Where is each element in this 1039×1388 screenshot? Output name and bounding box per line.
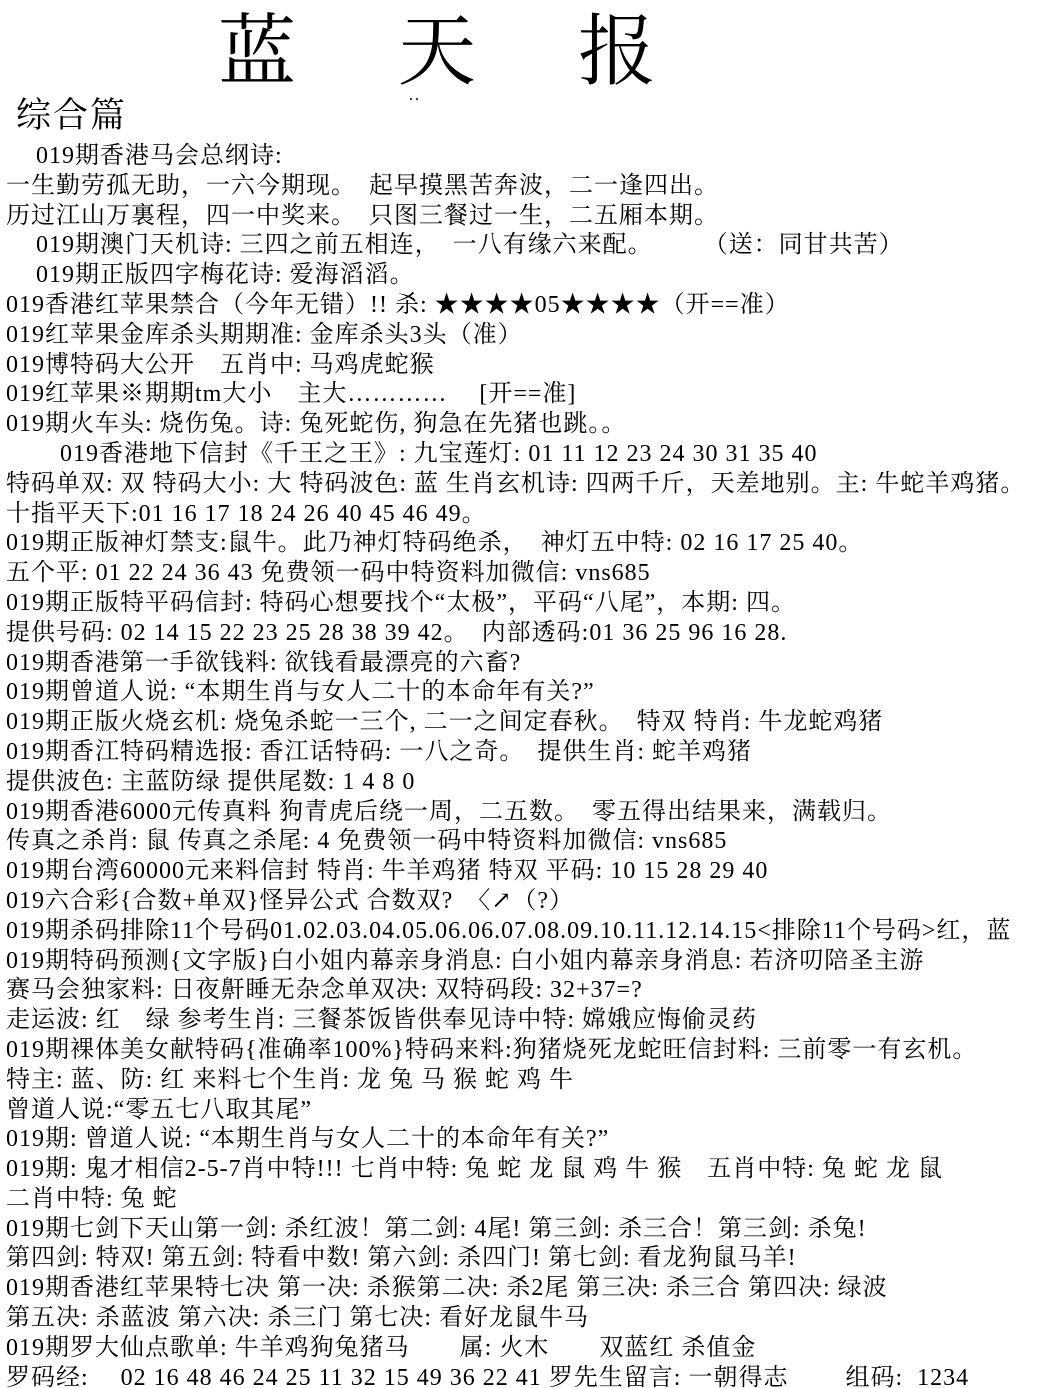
report-line: 019期正版火烧玄机: 烧兔杀蛇一三个, 二一之间定春秋。 特双 特肖: 牛龙蛇… xyxy=(6,708,1039,738)
title-dots: ‥ xyxy=(408,84,424,105)
report-line: 019期香港马会总纲诗: xyxy=(6,142,1039,172)
report-line: 019期曾道人说: “本期生肖与女人二十的本命年有关?” xyxy=(6,678,1039,708)
report-line: 019香港红苹果禁合（今年无错）!! 杀: ★★★★05★★★★（开==准） xyxy=(6,291,1039,321)
report-line: 特主: 蓝、防: 红 来料七个生肖: 龙 兔 马 猴 蛇 鸡 牛 xyxy=(6,1066,1039,1096)
report-line: 五个平: 01 22 24 36 43 免费领一码中特资料加微信: vns685 xyxy=(6,559,1039,589)
report-line: 传真之杀肖: 鼠 传真之杀尾: 4 免费领一码中特资料加微信: vns685 xyxy=(6,827,1039,857)
report-line: 019期罗大仙点歌单: 牛羊鸡狗兔猪马 属: 火木 双蓝红 杀值金 xyxy=(6,1334,1039,1364)
report-body: 019期香港马会总纲诗:一生勤劳孤无助，一六今期现。 起早摸黑苦奔波，二一逢四出… xyxy=(0,142,1039,1388)
report-line: 提供波色: 主蓝防绿 提供尾数: 1 4 8 0 xyxy=(6,768,1039,798)
report-line: 019红苹果金库杀头期期准: 金库杀头3头（准） xyxy=(6,321,1039,351)
report-line: 赛马会独家料: 日夜鼾睡无杂念单双决: 双特码段: 32+37=? xyxy=(6,976,1039,1006)
report-line: 019期台湾60000元来料信封 特肖: 牛羊鸡猪 特双 平码: 10 15 2… xyxy=(6,857,1039,887)
report-line: 第五决: 杀蓝波 第六决: 杀三门 第七决: 看好龙鼠牛马 xyxy=(6,1304,1039,1334)
report-line: 019期香港红苹果特七决 第一决: 杀猴第二决: 杀2尾 第三决: 杀三合 第四… xyxy=(6,1274,1039,1304)
report-line: 019六合彩{合数+单双}怪异公式 合数双? 〈↗（?） xyxy=(6,887,1039,917)
report-line: 019期正版四字梅花诗: 爱海滔滔。 xyxy=(6,261,1039,291)
report-line: 019香港地下信封《千王之王》: 九宝莲灯: 01 11 12 23 24 30… xyxy=(6,440,1039,470)
report-line: 019期香港6000元传真料 狗青虎后绕一周，二五数。 零五得出结果来，满载归。 xyxy=(6,798,1039,828)
report-line: 019博特码大公开 五肖中: 马鸡虎蛇猴 xyxy=(6,351,1039,381)
report-line: 019期澳门天机诗: 三四之前五相连， 一八有缘六来配。 （送：同甘共苦） xyxy=(6,231,1039,261)
report-line: 019期七剑下天山第一剑: 杀红波！第二剑: 4尾! 第三剑: 杀三合！第三剑:… xyxy=(6,1215,1039,1245)
report-line: 十指平天下:01 16 17 18 24 26 40 45 46 49。 xyxy=(6,500,1039,530)
report-line: 罗码经: 02 16 48 46 24 25 11 32 15 49 36 22… xyxy=(6,1364,1039,1388)
report-line: 019期正版特平码信封: 特码心想要找个“太极”，平码“八尾”，本期: 四。 xyxy=(6,589,1039,619)
report-line: 历过江山万裏程，四一中奖来。 只图三餐过一生，二五厢本期。 xyxy=(6,202,1039,232)
report-line: 019期: 曾道人说: “本期生肖与女人二十的本命年有关?” xyxy=(6,1125,1039,1155)
report-line: 019期香江特码精选报: 香江话特码: 一八之奇。 提供生肖: 蛇羊鸡猪 xyxy=(6,738,1039,768)
report-line: 019期香港第一手欲钱料: 欲钱看最漂亮的六畜? xyxy=(6,649,1039,679)
report-line: 019期杀码排除11个号码01.02.03.04.05.06.06.07.08.… xyxy=(6,917,1039,947)
report-line: 特码单双: 双 特码大小: 大 特码波色: 蓝 生肖玄机诗: 四两千斤，天差地别… xyxy=(6,470,1039,500)
report-line: 曾道人说:“零五七八取其尾” xyxy=(6,1096,1039,1126)
report-line: 019期正版神灯禁支:鼠牛。此乃神灯特码绝杀， 神灯五中特: 02 16 17 … xyxy=(6,529,1039,559)
report-line: 019期火车头: 烧伤兔。诗: 兔死蛇伤, 狗急在先猪也跳。。 xyxy=(6,410,1039,440)
report-line: 019期裸体美女献特码{准确率100%}特码来料:狗猪烧死龙蛇旺信封料: 三前零… xyxy=(6,1036,1039,1066)
report-line: 019期特码预测{文字版}白小姐内幕亲身消息: 白小姐内幕亲身消息: 若济叨陪圣… xyxy=(6,947,1039,977)
report-line: 019红苹果※期期tm大小 主大………… [开==准] xyxy=(6,380,1039,410)
report-line: 019期: 鬼才相信2-5-7肖中特!!! 七肖中特: 兔 蛇 龙 鼠 鸡 牛 … xyxy=(6,1155,1039,1185)
report-line: 提供号码: 02 14 15 22 23 25 28 38 39 42。 内部透… xyxy=(6,619,1039,649)
section-header: 综合篇 xyxy=(0,96,1039,136)
report-line: 走运波: 红 绿 参考生肖: 三餐茶饭皆供奉见诗中特: 嫦娥应悔偷灵药 xyxy=(6,1006,1039,1036)
report-line: 一生勤劳孤无助，一六今期现。 起早摸黑苦奔波，二一逢四出。 xyxy=(6,172,1039,202)
report-line: 二肖中特: 兔 蛇 xyxy=(6,1185,1039,1215)
report-line: 第四剑: 特双! 第五剑: 特看中数! 第六剑: 杀四门! 第七剑: 看龙狗鼠马… xyxy=(6,1244,1039,1274)
page-title: 蓝 天 报 xyxy=(0,0,1039,98)
